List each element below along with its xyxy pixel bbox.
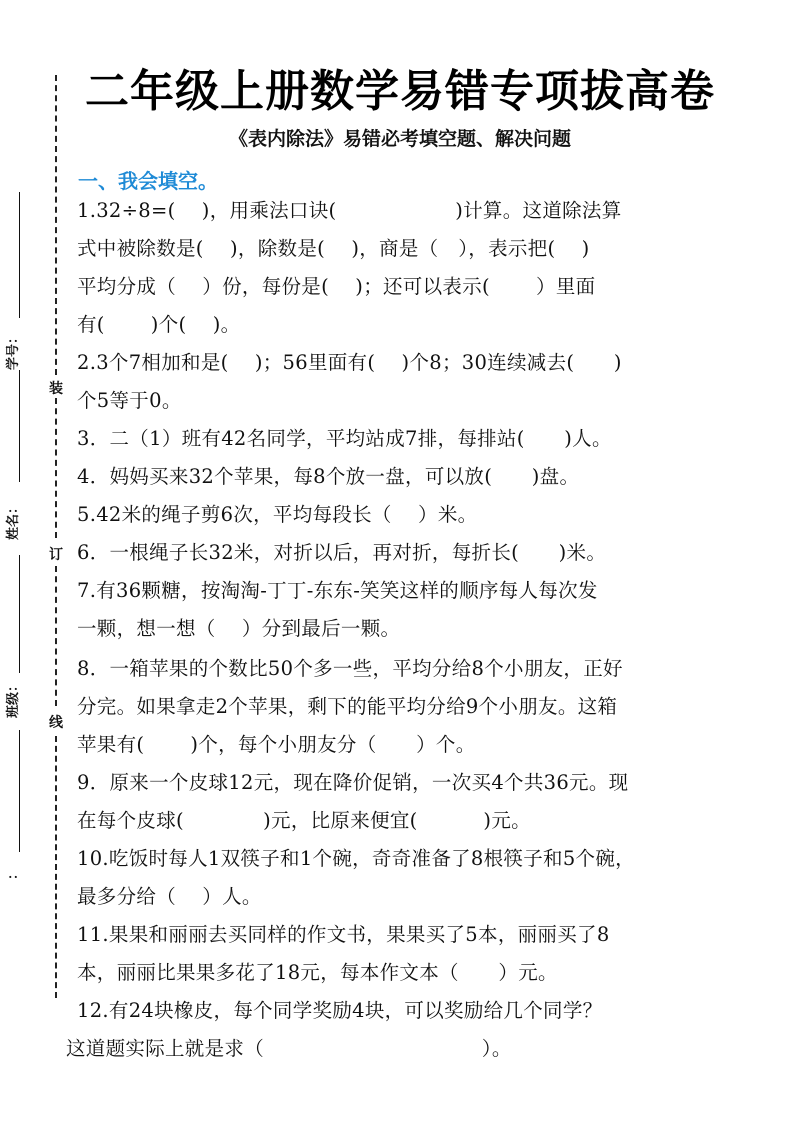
binding-dashed-line xyxy=(55,736,57,998)
question-line: 这道题实际上就是求（ ）。 xyxy=(66,1030,512,1068)
question-line: 4．妈妈买来32个苹果，每8个放一盘，可以放( )盘。 xyxy=(77,458,579,496)
name-input-line[interactable] xyxy=(19,555,20,673)
question-line: 平均分成（ ）份，每份是( )；还可以表示( ）里面 xyxy=(77,268,595,306)
question-line: 一颗，想一想（ ）分到最后一颗。 xyxy=(77,610,400,648)
question-line: 最多分给（ ）人。 xyxy=(77,878,262,916)
question-line: 在每个皮球( )元，比原来便宜( )元。 xyxy=(77,802,531,840)
binding-dashed-line xyxy=(55,566,57,706)
binding-char-zhuang: 装 xyxy=(49,378,63,398)
question-line: 个5等于0。 xyxy=(77,382,182,420)
question-line: 11.果果和丽丽去买同样的作文书，果果买了5本，丽丽买了8 xyxy=(77,916,610,954)
question-line: 10.吃饭时每人1双筷子和1个碗，奇奇准备了8根筷子和5个碗， xyxy=(77,840,635,878)
question-line: 分完。如果拿走2个苹果，剩下的能平均分给9个小朋友。这箱 xyxy=(77,688,617,726)
binding-char-ding: 订 xyxy=(49,544,63,564)
question-line: 3．二（1）班有42名同学，平均站成7排，每排站( )人。 xyxy=(77,420,612,458)
page-title: 二年级上册数学易错专项拔高卷 xyxy=(80,55,720,119)
question-line: 6．一根绳子长32米，对折以后，再对折，每折长( )米。 xyxy=(77,534,606,572)
section-heading: 一、我会填空。 xyxy=(78,165,218,194)
question-line: 2.3个7相加和是( )；56里面有( )个8；30连续减去( ) xyxy=(77,344,622,382)
student-id-line xyxy=(19,192,20,318)
question-line: 7.有36颗糖，按淘淘-丁丁-东东-笑笑这样的顺序每人每次发 xyxy=(77,572,598,610)
student-id-label: 学号： xyxy=(2,331,21,370)
class-label: 班级： xyxy=(2,679,21,718)
question-line: 式中被除数是( )，除数是( )，商是（ ），表示把( ) xyxy=(77,230,590,268)
question-line: 1.32÷8=( )，用乘法口诀( )计算。这道除法算 xyxy=(77,192,622,230)
extra-field-label: ： xyxy=(2,867,21,880)
name-label: 姓名： xyxy=(2,501,21,540)
question-line: 5.42米的绳子剪6次，平均每段长（ ）米。 xyxy=(77,496,477,534)
class-input-line[interactable] xyxy=(19,730,20,852)
question-line: 12.有24块橡皮，每个同学奖励4块，可以奖励给几个同学？ xyxy=(77,992,602,1030)
binding-char-xian: 线 xyxy=(49,712,63,732)
question-line: 本，丽丽比果果多花了18元，每本作文本（ ）元。 xyxy=(77,954,558,992)
question-line: 有( )个( )。 xyxy=(77,306,240,344)
page-subtitle: 《表内除法》易错必考填空题、解决问题 xyxy=(80,124,720,151)
question-line: 8．一箱苹果的个数比50个多一些，平均分给8个小朋友，正好 xyxy=(77,650,623,688)
student-id-input-line[interactable] xyxy=(19,370,20,482)
question-line: 苹果有( )个，每个小朋友分（ ）个。 xyxy=(77,726,476,764)
question-line: 9．原来一个皮球12元，现在降价促销，一次买4个共36元。现 xyxy=(77,764,628,802)
binding-dashed-line xyxy=(55,75,57,375)
binding-dashed-line xyxy=(55,398,57,538)
